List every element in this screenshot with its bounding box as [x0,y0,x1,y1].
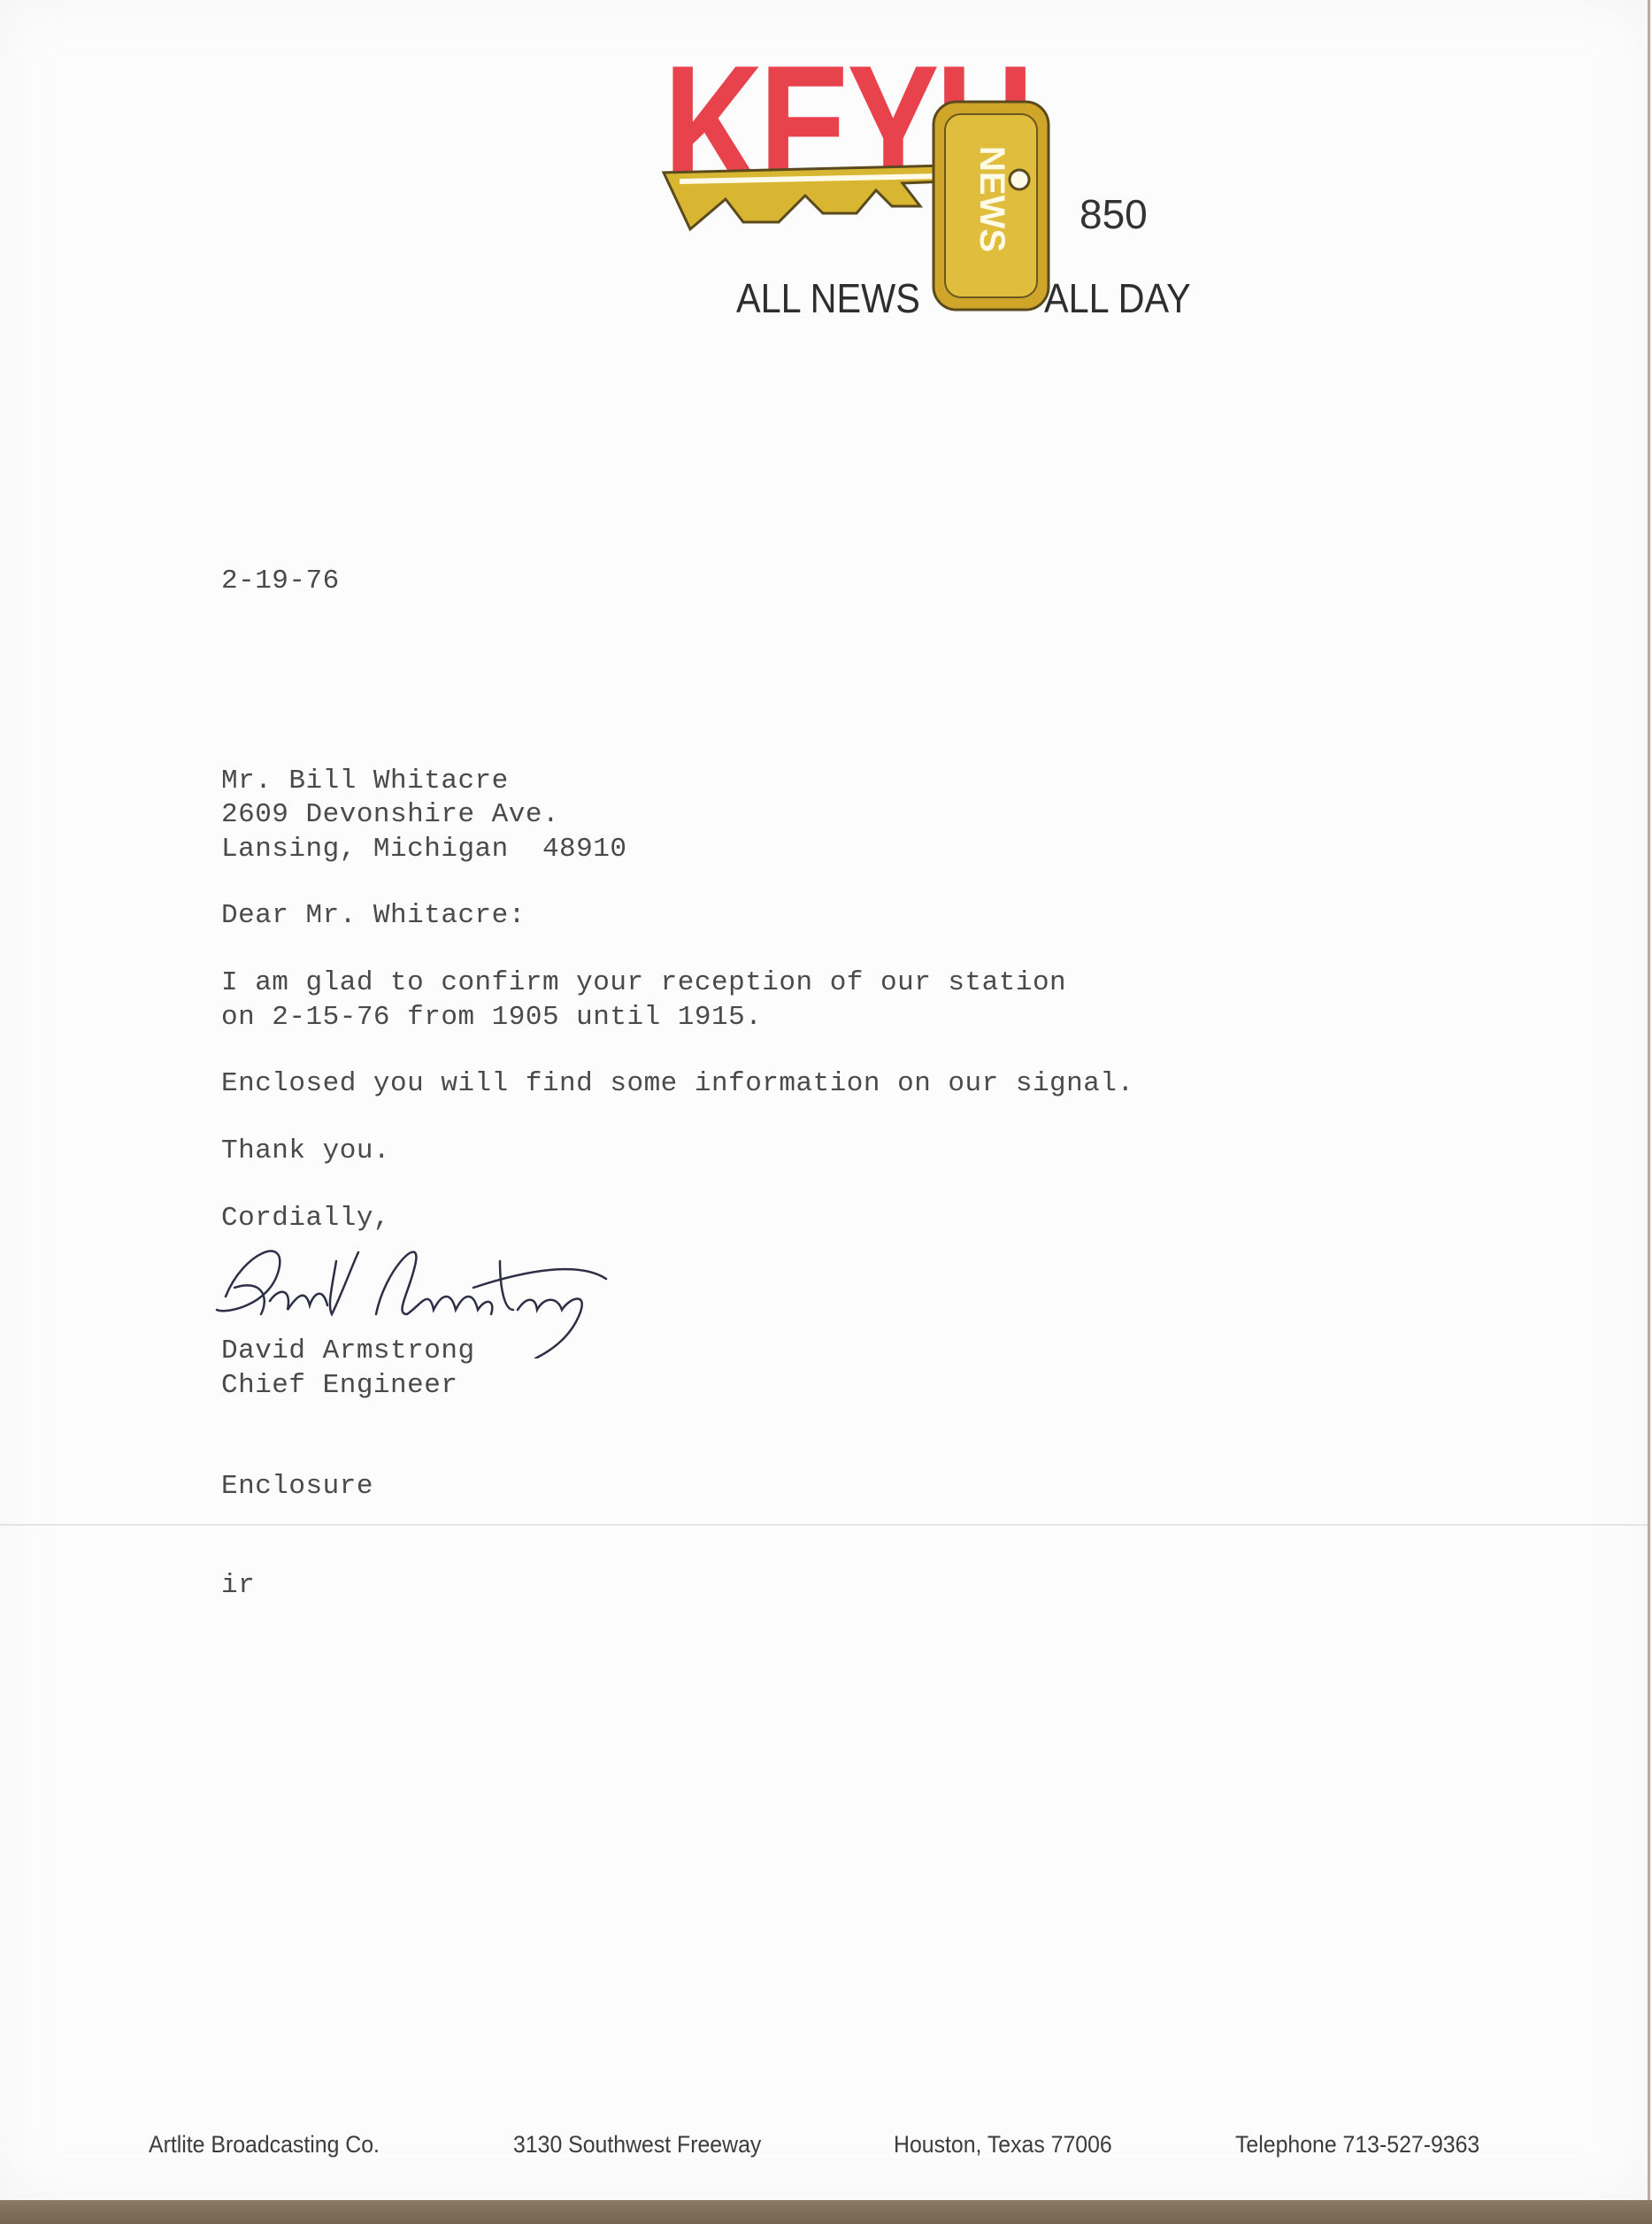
signer-name: David Armstrong [221,1335,475,1369]
enclosure-note: Enclosure [221,1470,373,1504]
body-paragraph: I am glad to confirm your reception of o… [221,966,1066,1035]
footer-company: Artlite Broadcasting Co. [149,2131,380,2159]
recipient-street: 2609 Devonshire Ave. [221,798,559,833]
background-surface [0,2200,1652,2224]
footer-address: 3130 Southwest Freeway [513,2131,761,2159]
letter-date: 2-19-76 [221,565,340,599]
recipient-name: Mr. Bill Whitacre [221,765,509,799]
body-paragraph: Thank you. [221,1135,390,1169]
recipient-city: Lansing, Michigan 48910 [221,833,626,867]
tagline-right: ALL DAY [1044,274,1191,322]
tagline-left: ALL NEWS [736,274,920,322]
key-label: NEWS [972,146,1011,252]
typist-initials: ir [221,1569,255,1604]
footer-city: Houston, Texas 77006 [894,2131,1112,2159]
paper-fold-crease [0,1524,1648,1526]
salutation: Dear Mr. Whitacre: [221,899,526,934]
station-logo: KEYH NEWS 850 ALL NEWS ALL DAY [655,49,1221,332]
body-paragraph: Enclosed you will find some information … [221,1067,1134,1102]
frequency: 850 [1080,190,1148,238]
signer-title: Chief Engineer [221,1369,457,1404]
letter-page: KEYH NEWS 850 ALL NEWS ALL DAY 2-19-76 M… [0,0,1650,2200]
footer-telephone: Telephone 713-527-9363 [1235,2131,1479,2159]
